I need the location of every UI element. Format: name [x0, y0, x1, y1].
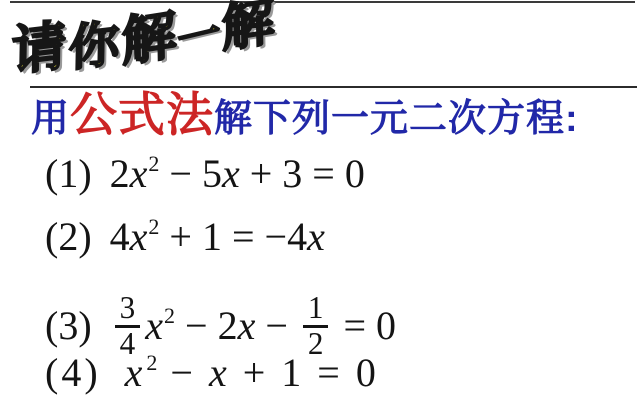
heading-method-highlight: 公式法: [70, 88, 214, 142]
section-heading: 用 公式法 解下列一元二次方程:: [31, 88, 579, 142]
equation-number: (4): [45, 351, 101, 395]
equation-row-2: (2) 4x2 + 1 = −4x: [45, 215, 325, 259]
equation-number: (1): [45, 152, 92, 196]
equation-expression: x2 − x + 1 = 0: [125, 351, 379, 395]
equation-number: (2): [45, 215, 92, 259]
title-char: 请: [11, 19, 66, 79]
equation-expression: 4x2 + 1 = −4x: [110, 215, 325, 259]
title-char: 解: [221, 0, 274, 56]
title-char: 一: [176, 12, 222, 63]
equation-row-4: (4) x2 − x + 1 = 0: [45, 351, 379, 395]
heading-suffix: 解下列一元二次方程:: [214, 98, 579, 142]
title-char: 你: [68, 18, 119, 74]
heading-prefix: 用: [31, 98, 70, 142]
equation-expression: 2x2 − 5x + 3 = 0: [110, 152, 365, 196]
equation-number: (3): [45, 304, 92, 348]
equation-row-1: (1) 2x2 − 5x + 3 = 0: [45, 152, 365, 196]
title-char: 解: [121, 8, 176, 70]
slide-title-wordart: 请 你 解 一 解: [12, 2, 274, 80]
